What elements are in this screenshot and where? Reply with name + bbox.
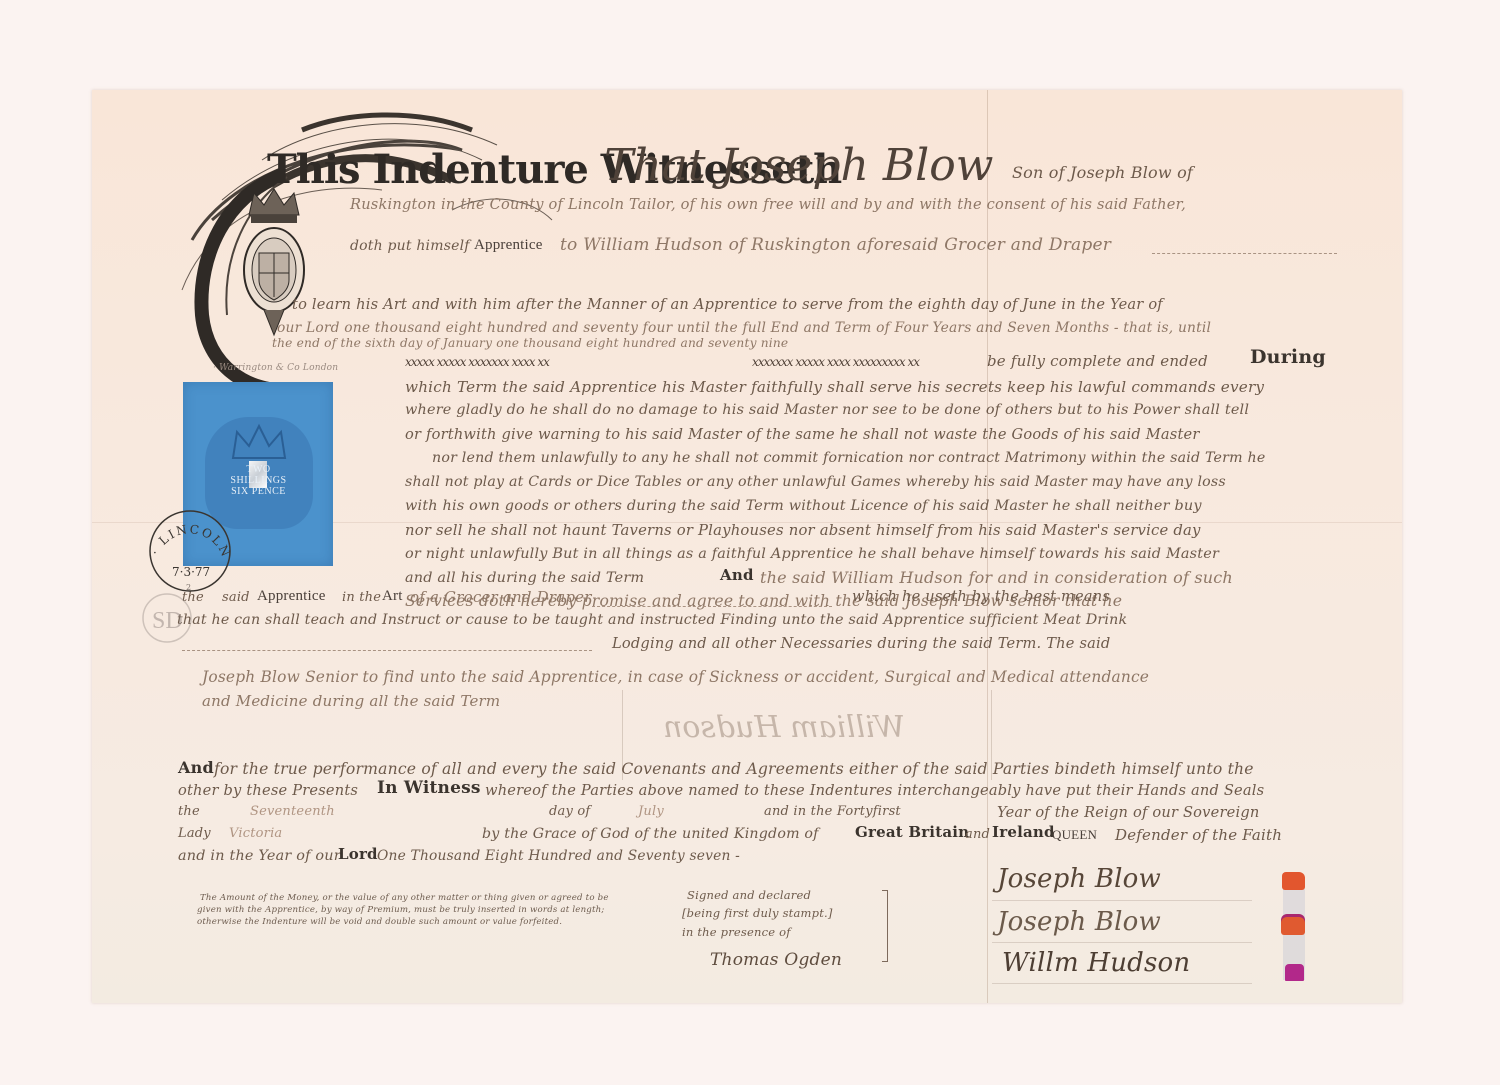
bracket [882,890,888,962]
text-line: doth put himself [350,238,470,254]
signature-rule [992,942,1252,943]
dashed-rule [182,650,592,651]
svg-text:SD: SD [152,608,183,634]
text-line: or forthwith give warning to his said Ma… [405,426,1200,443]
text-line: Lodging and all other Necessaries during… [612,635,1110,652]
text-line: or night unlawfully But in all things as… [405,546,1219,562]
gothic-word: Ireland [992,823,1055,841]
witness-text: in the presence of [682,925,791,939]
text-line: shall not play at Cards or Dice Tables o… [405,474,1226,490]
text-line: with his own goods or others during the … [405,498,1202,514]
text-line: which he useth by the best means [852,588,1110,605]
text-line: day of [549,804,590,819]
text-line: in the [342,590,381,605]
text-line: the [178,804,200,819]
printed-word: Art [382,588,403,605]
witness-text: Signed and declared [687,888,811,902]
text-line: and in the Fortyfirst [764,804,901,819]
premium-notice-line: given with the Apprentice, by way of Pre… [197,905,605,915]
witness-text: [being first duly stampt.] [682,906,833,920]
title-apprentice-name: That Joseph Blow [604,140,993,191]
handwritten-sovereign: Victoria [229,826,282,841]
text-line: and Medicine during all the said Term [202,692,500,710]
text-line: nor sell he shall not haunt Taverns or P… [405,522,1201,539]
text-line: nor lend them unlawfully to any he shall… [432,450,1265,466]
sd-duty-mark-icon: SD [142,588,192,648]
text-line: Joseph Blow Senior to find unto the said… [202,668,1149,686]
struck-out-text: xxxxx xxxxx xxxxxxx xxxx xx [405,355,549,369]
text-line: Lady [178,826,211,841]
struck-out-text: xxxxxxx xxxxx xxxx xxxxxxxxx xx [752,355,919,369]
gothic-word: Great Britain [855,823,969,841]
text-line: whereof the Parties above named to these… [485,782,1264,799]
text-line: of a Grocer and Draper [410,588,592,606]
text-line: Son of Joseph Blow of [1012,163,1193,182]
gothic-word: Lord [338,845,378,863]
text-line: be fully complete and ended [987,352,1208,370]
text-line: for the true performance of all and ever… [214,760,1254,778]
lincoln-postmark-icon: · LINCOLN · 7·3·77 2 [142,506,242,596]
signature-rule [992,983,1252,984]
stamp-crown-icon [225,422,293,462]
printed-word: Apprentice [257,588,326,605]
handwritten-month: July [638,804,664,819]
svg-text:· LINCOLN ·: · LINCOLN · [142,506,234,560]
text-line: to learn his Art and with him after the … [292,296,1163,313]
handwritten-day: Seventeenth [250,804,335,819]
text-line: our Lord one thousand eight hundred and … [277,320,1211,336]
text-line: Year of the Reign of our Sovereign [997,804,1259,821]
dashed-rule [1152,253,1337,254]
text-line: the end of the sixth day of January one … [272,336,788,350]
gothic-word: And [720,566,754,584]
dashed-rule [592,606,832,607]
text-line: One Thousand Eight Hundred and Seventy s… [377,848,740,864]
wax-seal-2 [1281,917,1305,935]
svg-text:7·3·77: 7·3·77 [172,565,210,579]
printed-word: Apprentice [474,237,543,254]
text-line: the said William Hudson for and in consi… [760,568,1233,587]
text-line: where gladly do he shall do no damage to… [405,402,1249,418]
text-line: Defender of the Faith [1115,826,1282,844]
text-line: to William Hudson of Ruskington aforesai… [560,235,1111,255]
gothic-word: And [178,758,214,777]
gothic-word: In Witness [377,778,481,798]
wax-seal-1 [1282,872,1305,890]
premium-notice-line: The Amount of the Money, or the value of… [200,893,609,903]
wax-seal-3 [1285,964,1304,981]
signature-william-hudson: Willm Hudson [1002,948,1190,978]
printed-word: QUEEN [1052,827,1097,843]
text-line: that he can shall teach and Instruct or … [177,612,1127,628]
signature-rule [992,900,1252,901]
stamp-value: TWO SHILLINGS SIX PENCE [211,464,306,497]
text-line: other by these Presents [178,782,358,799]
printer-imprint: · Warrington & Co London [213,363,338,373]
signature-joseph-blow-senior: Joseph Blow [997,907,1161,937]
text-line: and [965,827,990,842]
witness-signature: Thomas Ogden [710,950,842,970]
text-line: Ruskington in the County of Lincoln Tail… [350,196,1186,213]
text-line: and in the Year of our [178,848,341,864]
text-line: by the Grace of God of the united Kingdo… [482,826,819,842]
text-line: and all his during the said Term [405,570,644,586]
signature-joseph-blow: Joseph Blow [997,864,1161,894]
gothic-word: During [1250,346,1326,368]
text-line: which Term the said Apprentice his Maste… [405,378,1264,396]
premium-notice-line: otherwise the Indenture will be void and… [197,917,562,927]
